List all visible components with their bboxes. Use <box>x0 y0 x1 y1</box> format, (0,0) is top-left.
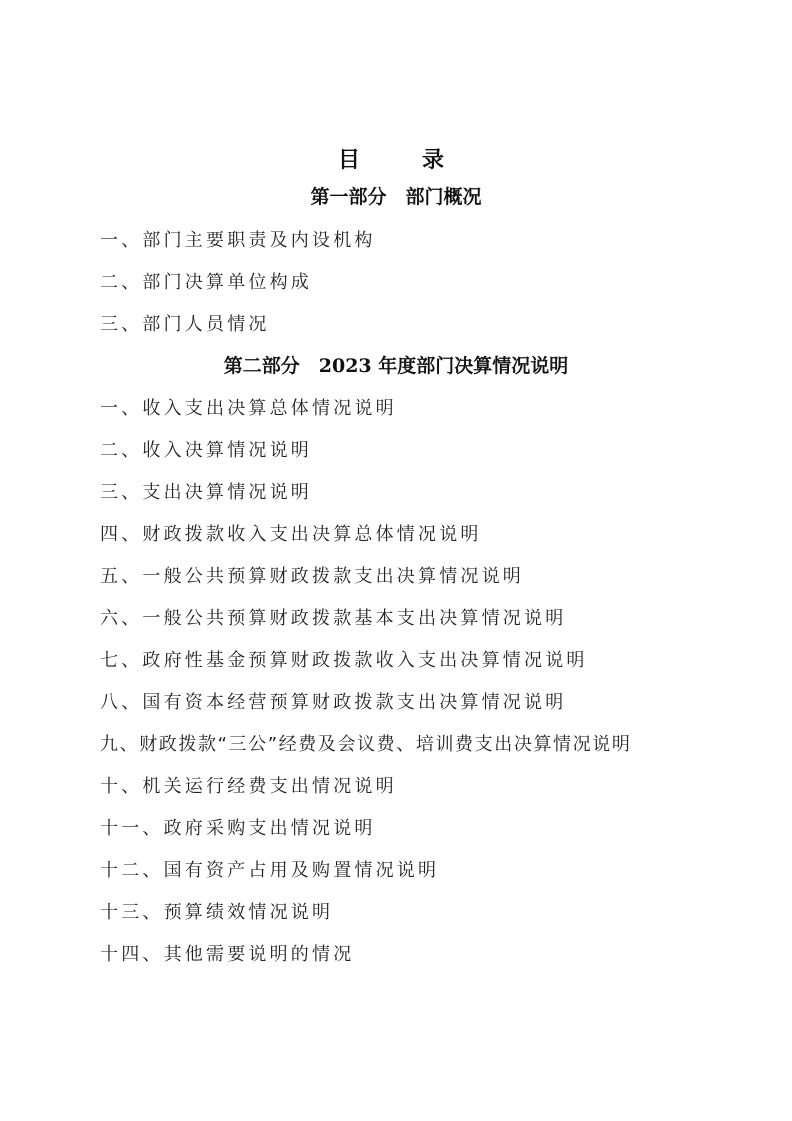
part-1-heading: 第一部分 部门概况 <box>0 183 792 211</box>
toc-item-part2-13[interactable]: 十三、预算绩效情况说明 <box>100 899 333 927</box>
toc-title: 目 录 <box>0 146 792 176</box>
toc-item-part2-1[interactable]: 一、收入支出决算总体情况说明 <box>100 395 397 423</box>
toc-item-part2-3[interactable]: 三、支出决算情况说明 <box>100 479 312 507</box>
document-page: 目 录 第一部分 部门概况 一、部门主要职责及内设机构 二、部门决算单位构成 三… <box>0 0 792 1121</box>
toc-item-part1-3[interactable]: 三、部门人员情况 <box>100 311 270 339</box>
toc-item-part2-8[interactable]: 八、国有资本经营预算财政拨款支出决算情况说明 <box>100 689 566 717</box>
toc-item-part2-4[interactable]: 四、财政拨款收入支出决算总体情况说明 <box>100 521 482 549</box>
part-2-heading: 第二部分 2023 年度部门决算情况说明 <box>0 352 792 380</box>
toc-item-part2-10[interactable]: 十、机关运行经费支出情况说明 <box>100 773 397 801</box>
toc-item-part2-11[interactable]: 十一、政府采购支出情况说明 <box>100 815 376 843</box>
toc-item-part1-1[interactable]: 一、部门主要职责及内设机构 <box>100 227 376 255</box>
toc-item-part2-6[interactable]: 六、一般公共预算财政拨款基本支出决算情况说明 <box>100 605 566 633</box>
toc-item-part2-7[interactable]: 七、政府性基金预算财政拨款收入支出决算情况说明 <box>100 647 588 675</box>
toc-item-part2-14[interactable]: 十四、其他需要说明的情况 <box>100 941 354 969</box>
toc-item-part2-5[interactable]: 五、一般公共预算财政拨款支出决算情况说明 <box>100 563 524 591</box>
toc-item-part2-9[interactable]: 九、财政拨款“三公”经费及会议费、培训费支出决算情况说明 <box>100 731 631 759</box>
toc-item-part2-12[interactable]: 十二、国有资产占用及购置情况说明 <box>100 857 439 885</box>
toc-item-part2-2[interactable]: 二、收入决算情况说明 <box>100 437 312 465</box>
toc-item-part1-2[interactable]: 二、部门决算单位构成 <box>100 269 312 297</box>
